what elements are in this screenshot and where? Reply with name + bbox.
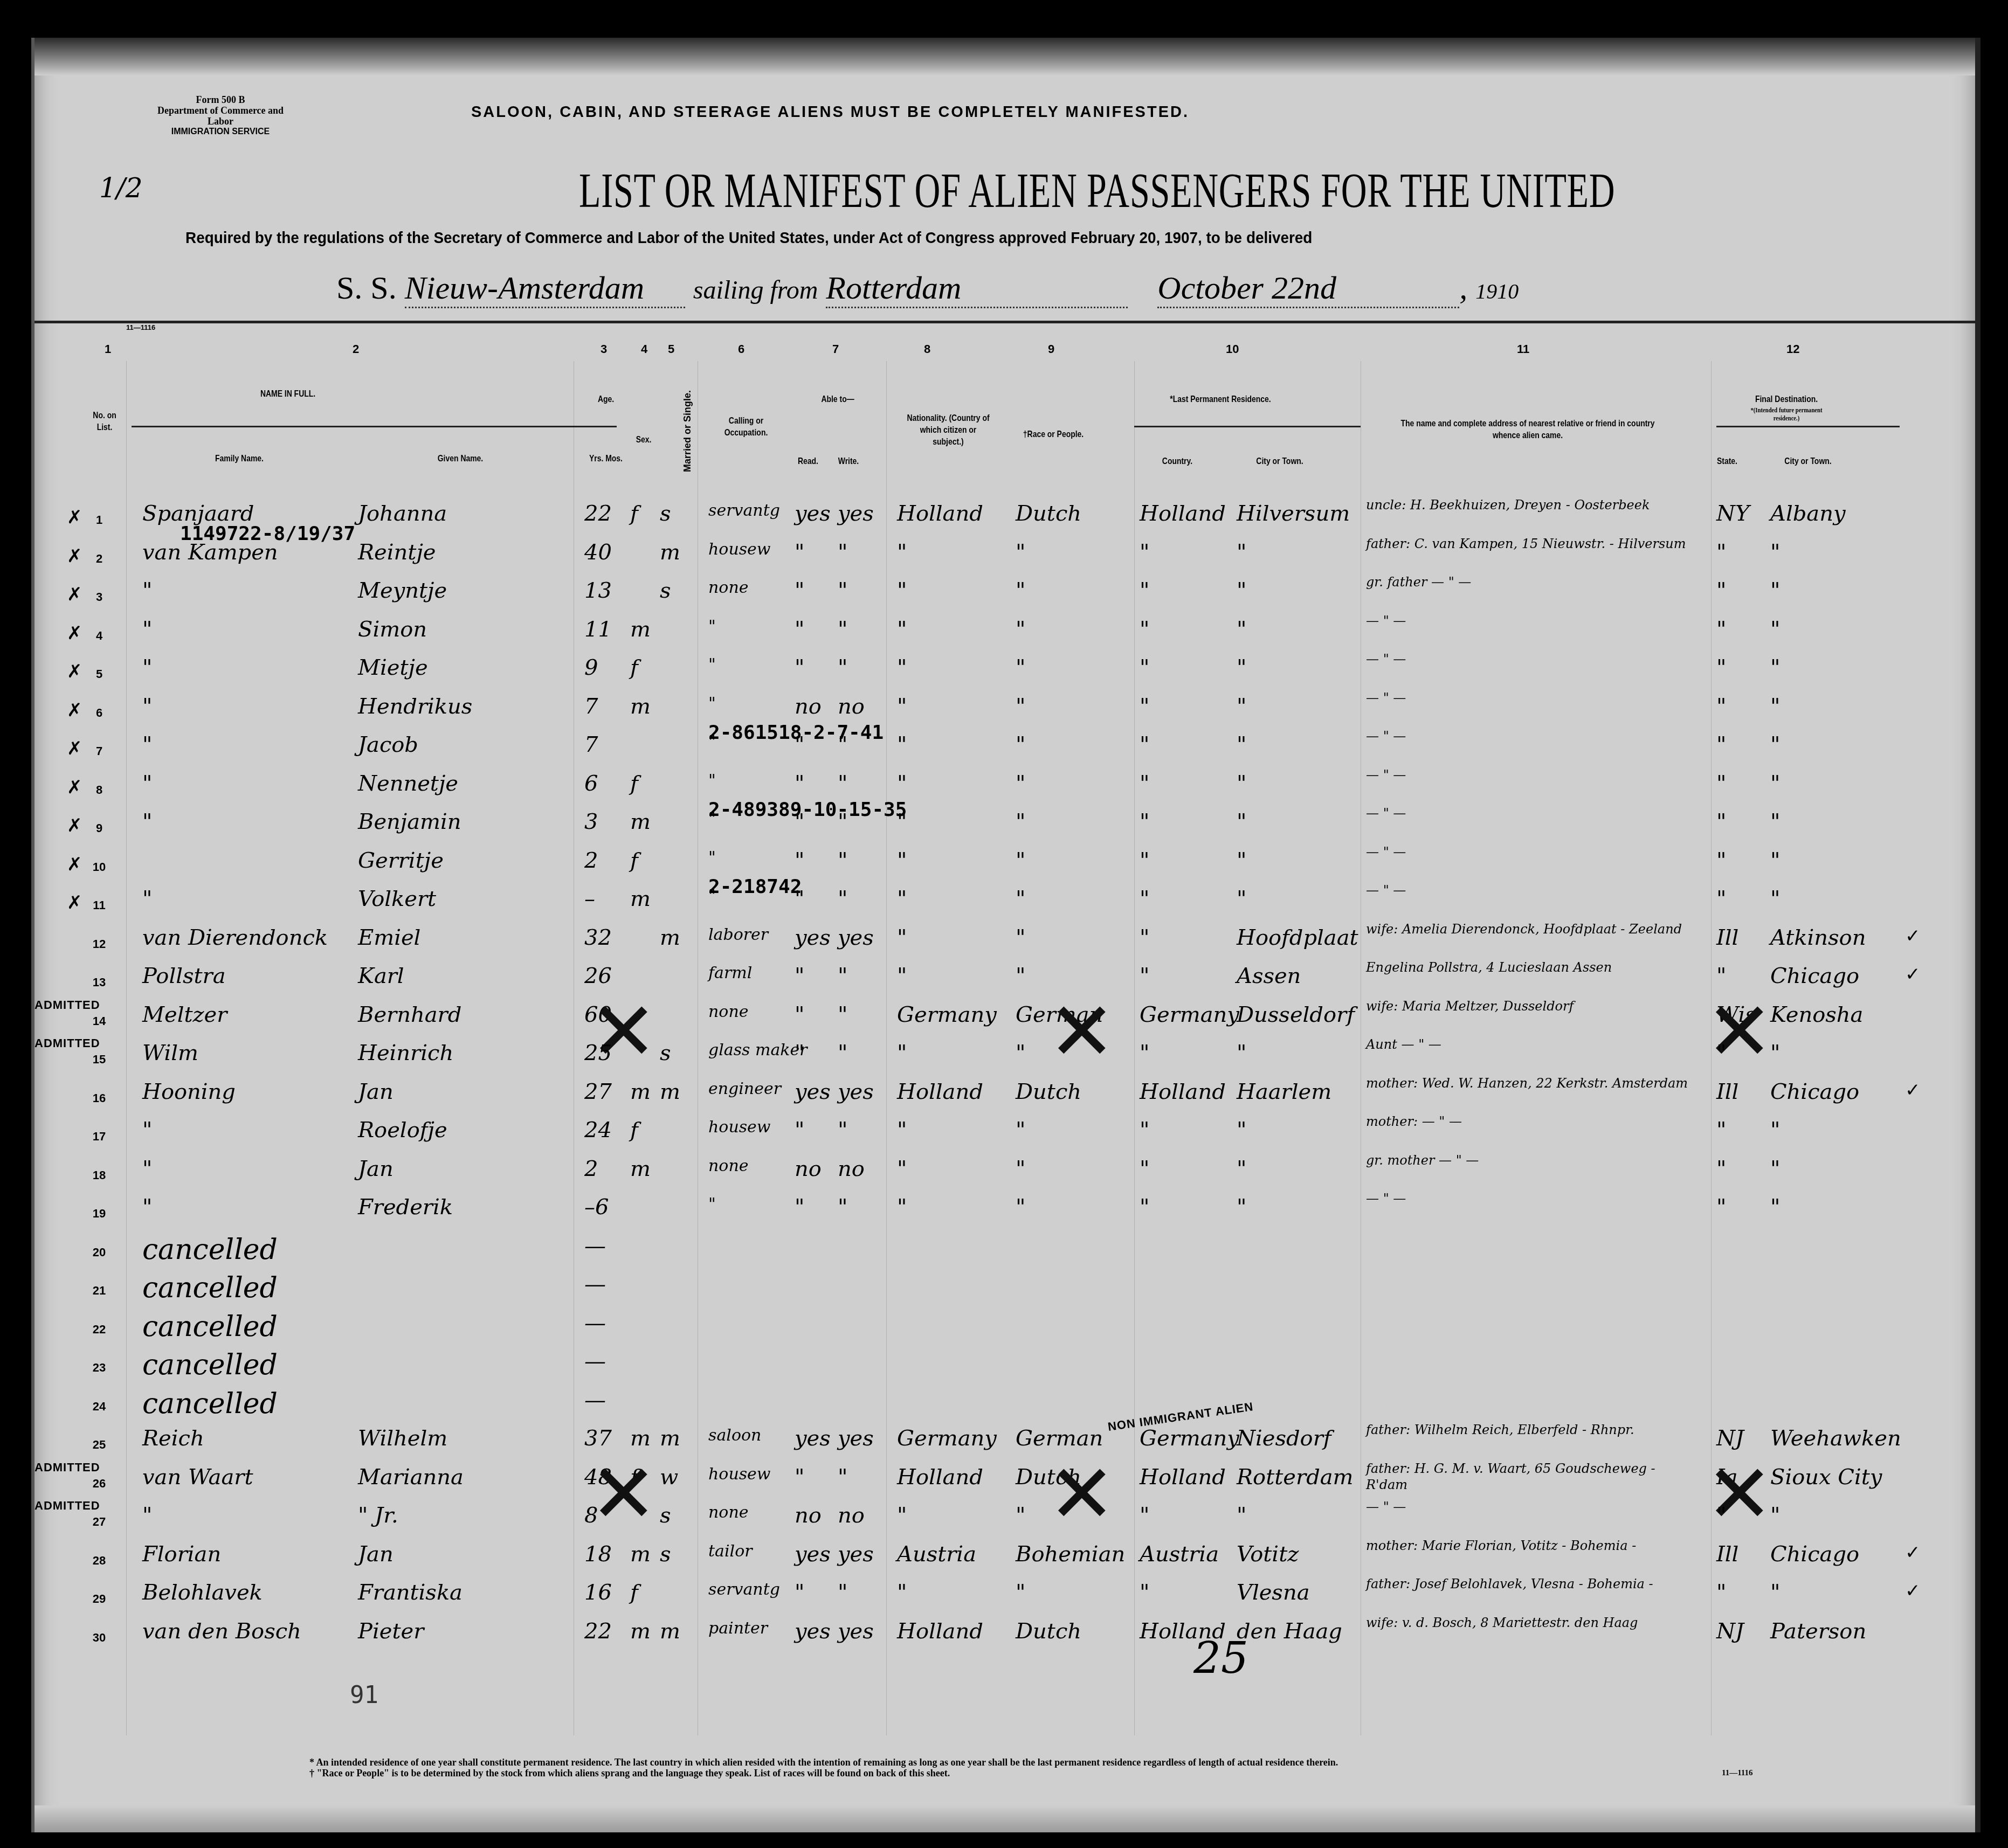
hdr-sex: Sex. [630,434,657,446]
family-name: van Kampen [142,540,278,565]
given-name: Emiel [358,925,420,950]
marital-status: m [660,1426,680,1451]
nationality: " [897,1503,907,1528]
residence-country: " [1140,540,1149,565]
family-name: Pollstra [142,964,226,988]
given-name: Frederik [358,1195,453,1220]
hdr-write: Write. [831,455,866,467]
can-write: " [838,1195,847,1220]
sex: m [630,1157,651,1181]
col-num-3: 3 [601,342,607,356]
given-name: Meyntje [358,578,447,603]
col-num-10: 10 [1226,342,1239,356]
race: Dutch [1016,1619,1081,1644]
nationality: " [897,771,907,796]
sex: f [630,848,638,873]
regulation-text: Required by the regulations of the Secre… [185,229,1312,247]
service: IMMIGRATION SERVICE [153,127,288,137]
file-annotation: 2-489389-10-15-35 [708,799,907,821]
residence-city: " [1237,771,1246,796]
occupation: engineer [708,1079,781,1098]
dest-city: Paterson [1770,1619,1866,1644]
ss-label: S. S. [336,270,397,306]
age: — [584,1311,606,1335]
nearest-relative: Engelina Pollstra, 4 Lucieslaan Assen [1366,959,1612,975]
nationality: Holland [897,1465,983,1490]
age: 22 [584,1619,612,1644]
family-name: van den Bosch [142,1619,301,1644]
can-write: yes [838,501,874,526]
nationality: " [897,617,907,642]
can-write: " [838,540,847,565]
can-read: yes [795,1426,831,1451]
residence-country: Germany [1140,1426,1239,1451]
department: Department of Commerce and Labor [153,105,288,127]
can-read: " [795,964,804,988]
can-read: " [795,1041,804,1065]
race: " [1016,578,1025,603]
footer-code: 11—1116 [1722,1769,1753,1778]
age: 25 [584,1041,612,1065]
row-number: 6 [88,706,110,720]
age: — [584,1272,606,1297]
col-num-12: 12 [1786,342,1799,356]
residence-country: " [1140,1118,1149,1143]
residence-city: Hilversum [1237,501,1350,526]
age: 8 [584,1503,598,1528]
nationality: " [897,1195,907,1220]
age: 7 [584,732,598,757]
name-rule [132,426,617,427]
residence-city: Niesdorf [1237,1426,1331,1451]
status-stamp: ADMITTED [34,998,100,1012]
voyage-line: S. S. Nieuw-Amsterdam sailing from Rotte… [336,269,1519,308]
race: " [1016,617,1025,642]
can-write: " [838,1118,847,1143]
footnote-residence: * An intended residence of one year shal… [309,1757,1338,1768]
table-row: 16HooningJan27mmengineeryesyesHollandDut… [34,1079,1975,1114]
checkmark-icon: ✓ [1905,1542,1921,1563]
hdr-age: Age. [584,393,628,405]
age: — [584,1234,606,1258]
race: " [1016,1041,1025,1065]
race: " [1016,887,1025,911]
row-number: 13 [88,975,110,989]
age: –6 [584,1195,609,1220]
row-number: 21 [88,1284,110,1298]
tally-mark-icon: ✗ [67,661,82,682]
table-row: 7"Jacob7"""""""— " —""2-861518-2-7-41✗ [34,732,1975,767]
hdr-calling: Calling or Occupation. [715,415,777,439]
dest-city: " [1770,1041,1780,1065]
destination-rule [1716,426,1900,427]
can-write: no [838,1503,865,1528]
occupation: saloon [708,1426,761,1445]
tally-mark-icon: ✗ [67,584,82,605]
dest-city: " [1770,578,1780,603]
footnote-race: † "Race or People" is to be determined b… [309,1768,1338,1778]
dest-state: " [1716,655,1726,680]
table-row: 28FlorianJan18mstailoryesyesAustriaBohem… [34,1542,1975,1576]
can-write: no [838,1157,865,1181]
hdr-final-destination: Final Destination. [1742,393,1831,405]
can-write: " [838,1041,847,1065]
checkmark-icon: ✓ [1905,1580,1921,1602]
col-num-11: 11 [1517,342,1529,356]
hdr-no-on-list: No. on List. [91,410,118,433]
occupation: none [708,1157,748,1175]
age: 16 [584,1580,612,1605]
nationality: " [897,925,907,950]
dest-state: " [1716,1157,1726,1181]
nearest-relative: — " — [1366,882,1406,898]
race: " [1016,809,1025,834]
can-read: no [795,1157,822,1181]
can-write: " [838,771,847,796]
scan-edge-top [34,38,1975,75]
form-number-block: Form 500 B Department of Commerce and La… [153,94,288,137]
residence-city: " [1237,655,1246,680]
family-name: cancelled [142,1272,278,1304]
sex: m [630,694,651,719]
sailing-date: October 22nd [1157,269,1459,308]
table-row: 12van DierendonckEmiel32mlaboreryesyes""… [34,925,1975,960]
hdr-name-in-full: NAME IN FULL. [226,388,350,400]
given-name: " Jr. [358,1503,398,1528]
age: 9 [584,655,598,680]
family-name: van Waart [142,1465,253,1490]
can-read: " [795,848,804,873]
dest-state: " [1716,1580,1726,1605]
family-name: " [142,694,152,719]
dest-state: Ill [1716,1542,1738,1567]
age: 3 [584,809,598,834]
table-row: 18"Jan2mnonenono""""gr. mother — " —"" [34,1157,1975,1191]
can-read: no [795,1503,822,1528]
residence-country: " [1140,694,1149,719]
occupation: " [708,694,716,713]
corner-mark: 1/2 [99,172,142,204]
dest-city: Chicago [1770,1079,1859,1104]
row-number: 27 [88,1515,110,1529]
hdr-country: Country. [1151,455,1204,467]
can-write: " [838,887,847,911]
table-row: 8"Nennetje6f"""""""— " —""✗ [34,771,1975,806]
table-row: 1SpanjaardJohanna22fsservantgyesyesHolla… [34,501,1975,536]
sex: f [630,1580,638,1605]
sex: m [630,1079,651,1104]
col-num-1: 1 [105,342,111,356]
file-annotation: 2-861518-2-7-41 [708,722,884,744]
dest-city: " [1770,809,1780,834]
nationality: Holland [897,501,983,526]
table-row: 10Gerritje2f"""""""— " —""✗ [34,848,1975,883]
given-name: Hendrikus [358,694,472,719]
occupation: servantg [708,1580,780,1599]
tally-mark-icon: ✗ [67,622,82,644]
age: 6 [584,771,598,796]
nearest-relative: — " — [1366,613,1406,629]
family-name: Meltzer [142,1002,227,1027]
occupation: servantg [708,501,780,520]
table-row: 15WilmHeinrich25sglass maker""""""Aunt —… [34,1041,1975,1075]
occupation: housew [708,1118,771,1137]
hdr-last-residence: *Last Permanent Residence. [1158,393,1282,405]
race: " [1016,925,1025,950]
nearest-relative: — " — [1366,1191,1406,1207]
can-read: " [795,1002,804,1027]
status-stamp: ADMITTED [34,1461,100,1475]
handwritten-count: 25 [1193,1633,1248,1683]
col-num-6: 6 [738,342,744,356]
row-number: 2 [88,552,110,566]
page-number-stamp: 91 [350,1681,378,1709]
row-number: 25 [88,1438,110,1452]
sex: m [630,617,651,642]
checkmark-icon: ✓ [1905,925,1921,947]
tally-mark-icon: ✗ [67,854,82,875]
footnotes: * An intended residence of one year shal… [309,1757,1338,1778]
race: Dutch [1016,1079,1081,1104]
residence-city: Haarlem [1237,1079,1331,1104]
banner: SALOON, CABIN, AND STEERAGE ALIENS MUST … [471,103,1189,121]
nationality: " [897,732,907,757]
family-name: " [142,732,152,757]
age: — [584,1388,606,1413]
dest-state: " [1716,617,1726,642]
dest-state: " [1716,1118,1726,1143]
row-number: 5 [88,667,110,681]
marital-status: m [660,1619,680,1644]
row-number: 15 [88,1053,110,1067]
residence-country: Germany [1140,1002,1239,1027]
status-stamp: ADMITTED [34,1036,100,1050]
dest-city: " [1770,1195,1780,1220]
col-num-7: 7 [832,342,839,356]
hdr-married-single: Married or Single. [681,383,693,480]
dest-city: " [1770,694,1780,719]
residence-country: " [1140,578,1149,603]
race: " [1016,732,1025,757]
table-row: 27"" Jr.8snonenono""""— " —""ADMITTED [34,1503,1975,1538]
residence-city: " [1237,809,1246,834]
residence-city: Vlesna [1237,1580,1310,1605]
row-number: 28 [88,1554,110,1568]
nearest-relative: father: C. van Kampen, 15 Nieuwstr. - Hi… [1366,536,1686,552]
residence-city: " [1237,848,1246,873]
table-row: 19"Frederik–6"""""""— " —"" [34,1195,1975,1229]
can-write: no [838,694,865,719]
sailing-year: 1910 [1475,279,1519,303]
tally-mark-icon: ✗ [67,777,82,798]
family-name: Wilm [142,1041,198,1065]
hdr-relative: The name and complete address of nearest… [1395,418,1660,441]
family-name: cancelled [142,1311,278,1343]
marital-status: w [660,1465,678,1490]
row-number: 19 [88,1207,110,1221]
row-number: 17 [88,1130,110,1144]
family-name: " [142,1157,152,1181]
family-name: " [142,617,152,642]
race: " [1016,1503,1025,1528]
can-write: yes [838,1542,874,1567]
row-number: 9 [88,821,110,835]
dest-state: " [1716,887,1726,911]
dest-state: Ill [1716,1079,1738,1104]
dest-city: " [1770,655,1780,680]
hdr-yrs-mos: Yrs. Mos. [584,453,628,465]
nearest-relative: father: Wilhelm Reich, Elberfeld - Rhnpr… [1366,1422,1634,1438]
race: " [1016,1195,1025,1220]
dest-city: Chicago [1770,1542,1859,1567]
nearest-relative: gr. mother — " — [1366,1152,1479,1168]
family-name: Reich [142,1426,204,1451]
table-row: 3"Meyntje13snone""""""gr. father — " —""… [34,578,1975,613]
given-name: Pieter [358,1619,424,1644]
occupation: " [708,848,716,867]
checkmark-icon: ✓ [1905,964,1921,985]
race: " [1016,848,1025,873]
residence-country: " [1140,655,1149,680]
residence-country: " [1140,887,1149,911]
nearest-relative: wife: Maria Meltzer, Dusseldorf [1366,998,1574,1014]
occupation: housew [708,540,771,559]
can-read: " [795,1580,804,1605]
race: " [1016,655,1025,680]
tally-mark-icon: ✗ [67,815,82,836]
ship-name: Nieuw-Amsterdam [405,269,685,308]
dest-city: " [1770,732,1780,757]
dest-city: Albany [1770,501,1846,526]
given-name: Jacob [358,732,418,757]
occupation: painter [708,1619,768,1638]
row-number: 20 [88,1245,110,1259]
residence-city: " [1237,732,1246,757]
given-name: Mietje [358,655,428,680]
row-number: 4 [88,629,110,643]
race: " [1016,1580,1025,1605]
residence-country: " [1140,1503,1149,1528]
col-num-4: 4 [641,342,647,356]
nationality: Germany [897,1002,997,1027]
table-row: 17"Roelofje24fhousew""""""mother: — " —"… [34,1118,1975,1152]
row-number: 24 [88,1400,110,1414]
sex: m [630,1542,651,1567]
sex: f [630,655,638,680]
can-write: " [838,1002,847,1027]
row-number: 18 [88,1168,110,1182]
occupation: glass maker [708,1041,808,1060]
col-num-2: 2 [353,342,359,356]
age: 2 [584,848,598,873]
residence-city: " [1237,1503,1246,1528]
hdr-city: City or Town. [1249,455,1311,467]
occupation: " [708,655,716,674]
age: 27 [584,1079,612,1104]
race: " [1016,694,1025,719]
can-read: " [795,771,804,796]
given-name: Jan [358,1157,394,1181]
marital-status: m [660,1079,680,1104]
nearest-relative: — " — [1366,767,1406,783]
dest-city: " [1770,1580,1780,1605]
residence-country: " [1140,1157,1149,1181]
nationality: " [897,694,907,719]
residence-city: " [1237,1157,1246,1181]
dest-state: NJ [1716,1619,1744,1644]
table-row: 26van WaartMarianna48fwhousew""HollandDu… [34,1465,1975,1499]
scan-edge-bottom [34,1805,1975,1832]
age: 18 [584,1542,612,1567]
occupation: " [708,771,716,790]
nearest-relative: — " — [1366,728,1406,744]
dest-city: " [1770,887,1780,911]
checkmark-icon: ✓ [1905,1079,1921,1101]
given-name: Jan [358,1079,394,1104]
nearest-relative: mother: — " — [1366,1113,1462,1130]
dest-city: " [1770,617,1780,642]
age: – [584,887,595,911]
given-name: Johanna [358,501,447,526]
hdr-read: Read. [790,455,826,467]
hdr-given-name: Given Name. [416,453,505,465]
nationality: " [897,1041,907,1065]
family-name: cancelled [142,1388,278,1420]
nearest-relative: — " — [1366,844,1406,860]
residence-city: " [1237,1041,1246,1065]
nearest-relative: uncle: H. Beekhuizen, Dreyen - Oosterbee… [1366,497,1650,513]
tally-mark-icon: ✗ [67,507,82,528]
dest-state: " [1716,1041,1726,1065]
table-row: 21cancelled— [34,1272,1975,1306]
table-row: 29BelohlavekFrantiska16fservantg"""""Vle… [34,1580,1975,1615]
residence-city: " [1237,1195,1246,1220]
family-name: " [142,887,152,911]
residence-city: Votitz [1237,1542,1299,1567]
nearest-relative: father: H. G. M. v. Waart, 65 Goudschewe… [1366,1461,1700,1493]
col-num-9: 9 [1048,342,1054,356]
occupation: " [708,1195,716,1214]
header-rule [34,321,1975,323]
marital-status: s [660,1041,671,1065]
can-read: yes [795,501,831,526]
can-read: yes [795,1542,831,1567]
row-number: 30 [88,1631,110,1645]
given-name: Roelofje [358,1118,447,1143]
can-write: " [838,964,847,988]
dest-city: Kenosha [1770,1002,1863,1027]
can-read: yes [795,925,831,950]
dest-city: Weehawken [1770,1426,1901,1451]
given-name: Marianna [358,1465,464,1490]
given-name: Wilhelm [358,1426,447,1451]
race: " [1016,964,1025,988]
residence-city: den Haag [1237,1619,1342,1644]
sex: m [630,887,651,911]
age: 7 [584,694,598,719]
nationality: " [897,578,907,603]
dest-city: " [1770,1157,1780,1181]
family-name: " [142,1195,152,1220]
row-number: 14 [88,1014,110,1028]
dest-state: " [1716,732,1726,757]
nationality: " [897,1157,907,1181]
marital-status: s [660,1542,671,1567]
dest-city: Sioux City [1770,1465,1882,1490]
table-row: 6"Hendrikus7m"nono""""— " —""✗ [34,694,1975,729]
can-read: yes [795,1079,831,1104]
nationality: Austria [897,1542,976,1567]
